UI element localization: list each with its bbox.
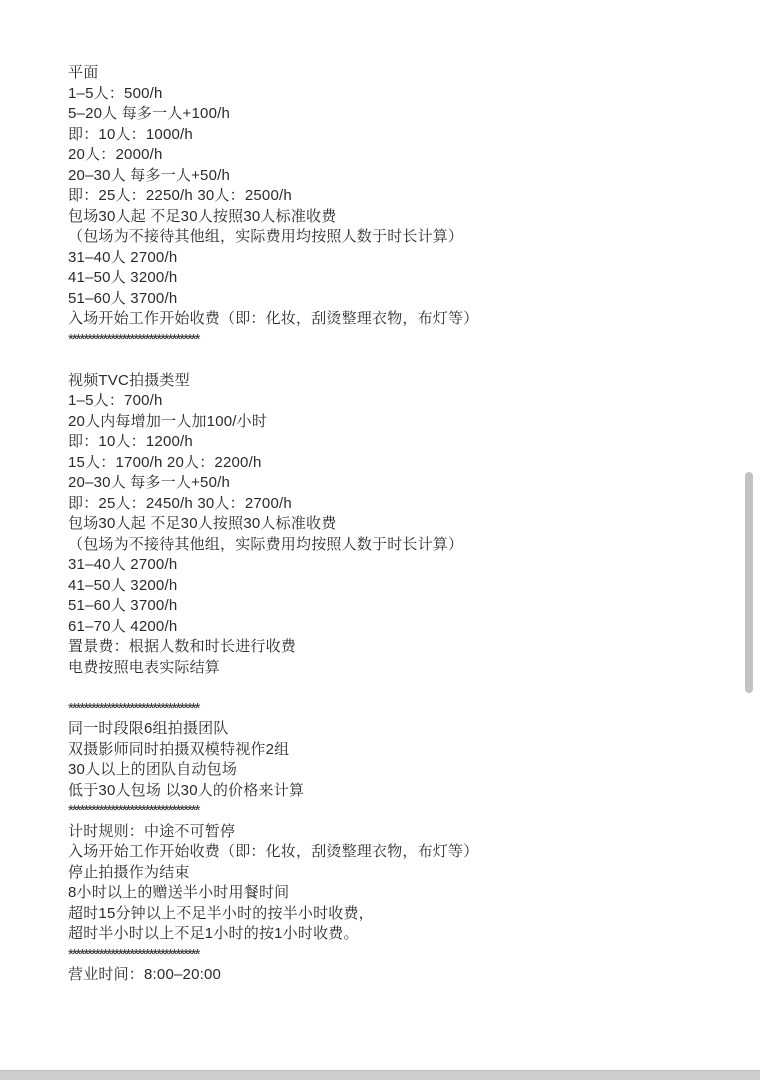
text-line: 即：10人：1200/h [68, 432, 668, 453]
text-line: 超时15分钟以上不足半小时的按半小时收费， [68, 904, 668, 925]
text-line: 超时半小时以上不足1小时的按1小时收费。 [68, 924, 668, 945]
text-line: 电费按照电表实际结算 [68, 658, 668, 679]
separator-line: ********************************** [68, 699, 668, 720]
text-line: 51–60人 3700/h [68, 289, 668, 310]
text-line: 15人：1700/h 20人：2200/h [68, 453, 668, 474]
text-line: 20人内每增加一人加100/小时 [68, 412, 668, 433]
document-body: 平面1–5人：500/h5–20人 每多一人+100/h即：10人：1000/h… [68, 63, 668, 986]
text-line: 计时规则：中途不可暂停 [68, 822, 668, 843]
text-line: 31–40人 2700/h [68, 248, 668, 269]
text-line: 入场开始工作开始收费（即：化妆，刮烫整理衣物，布灯等） [68, 309, 668, 330]
section-studio-rules: **********************************同一时段限6… [68, 699, 668, 986]
text-line: 视频TVC拍摄类型 [68, 371, 668, 392]
page: 平面1–5人：500/h5–20人 每多一人+100/h即：10人：1000/h… [0, 0, 760, 1080]
text-line: 包场30人起 不足30人按照30人标准收费 [68, 514, 668, 535]
text-line: 低于30人包场 以30人的价格来计算 [68, 781, 668, 802]
text-line: 包场30人起 不足30人按照30人标准收费 [68, 207, 668, 228]
text-line: 营业时间：8:00–20:00 [68, 965, 668, 986]
text-line: 30人以上的团队自动包场 [68, 760, 668, 781]
text-line: 31–40人 2700/h [68, 555, 668, 576]
text-line: 1–5人：700/h [68, 391, 668, 412]
text-line: 即：25人：2450/h 30人：2700/h [68, 494, 668, 515]
text-line: 20–30人 每多一人+50/h [68, 166, 668, 187]
separator-line: ********************************** [68, 945, 668, 966]
text-line: 双摄影师同时拍摄双模特视作2组 [68, 740, 668, 761]
text-line: 20人：2000/h [68, 145, 668, 166]
text-line: 1–5人：500/h [68, 84, 668, 105]
section-video-tvc-pricing: 视频TVC拍摄类型1–5人：700/h20人内每增加一人加100/小时即：10人… [68, 371, 668, 679]
text-line: 同一时段限6组拍摄团队 [68, 719, 668, 740]
text-line: 8小时以上的赠送半小时用餐时间 [68, 883, 668, 904]
text-line: （包场为不接待其他组，实际费用均按照人数于时长计算） [68, 227, 668, 248]
text-line: 5–20人 每多一人+100/h [68, 104, 668, 125]
section-flat-photo-pricing: 平面1–5人：500/h5–20人 每多一人+100/h即：10人：1000/h… [68, 63, 668, 350]
text-line: 41–50人 3200/h [68, 268, 668, 289]
text-line: 置景费：根据人数和时长进行收费 [68, 637, 668, 658]
text-line: 即：10人：1000/h [68, 125, 668, 146]
bottom-bar [0, 1070, 760, 1080]
text-line: （包场为不接待其他组，实际费用均按照人数于时长计算） [68, 535, 668, 556]
text-line: 即：25人：2250/h 30人：2500/h [68, 186, 668, 207]
text-line: 61–70人 4200/h [68, 617, 668, 638]
text-line: 入场开始工作开始收费（即：化妆，刮烫整理衣物，布灯等） [68, 842, 668, 863]
separator-line: ********************************** [68, 330, 668, 351]
text-line: 51–60人 3700/h [68, 596, 668, 617]
text-line: 平面 [68, 63, 668, 84]
scrollbar-thumb[interactable] [745, 472, 753, 693]
text-line: 停止拍摄作为结束 [68, 863, 668, 884]
separator-line: ********************************** [68, 801, 668, 822]
text-line: 41–50人 3200/h [68, 576, 668, 597]
text-line: 20–30人 每多一人+50/h [68, 473, 668, 494]
